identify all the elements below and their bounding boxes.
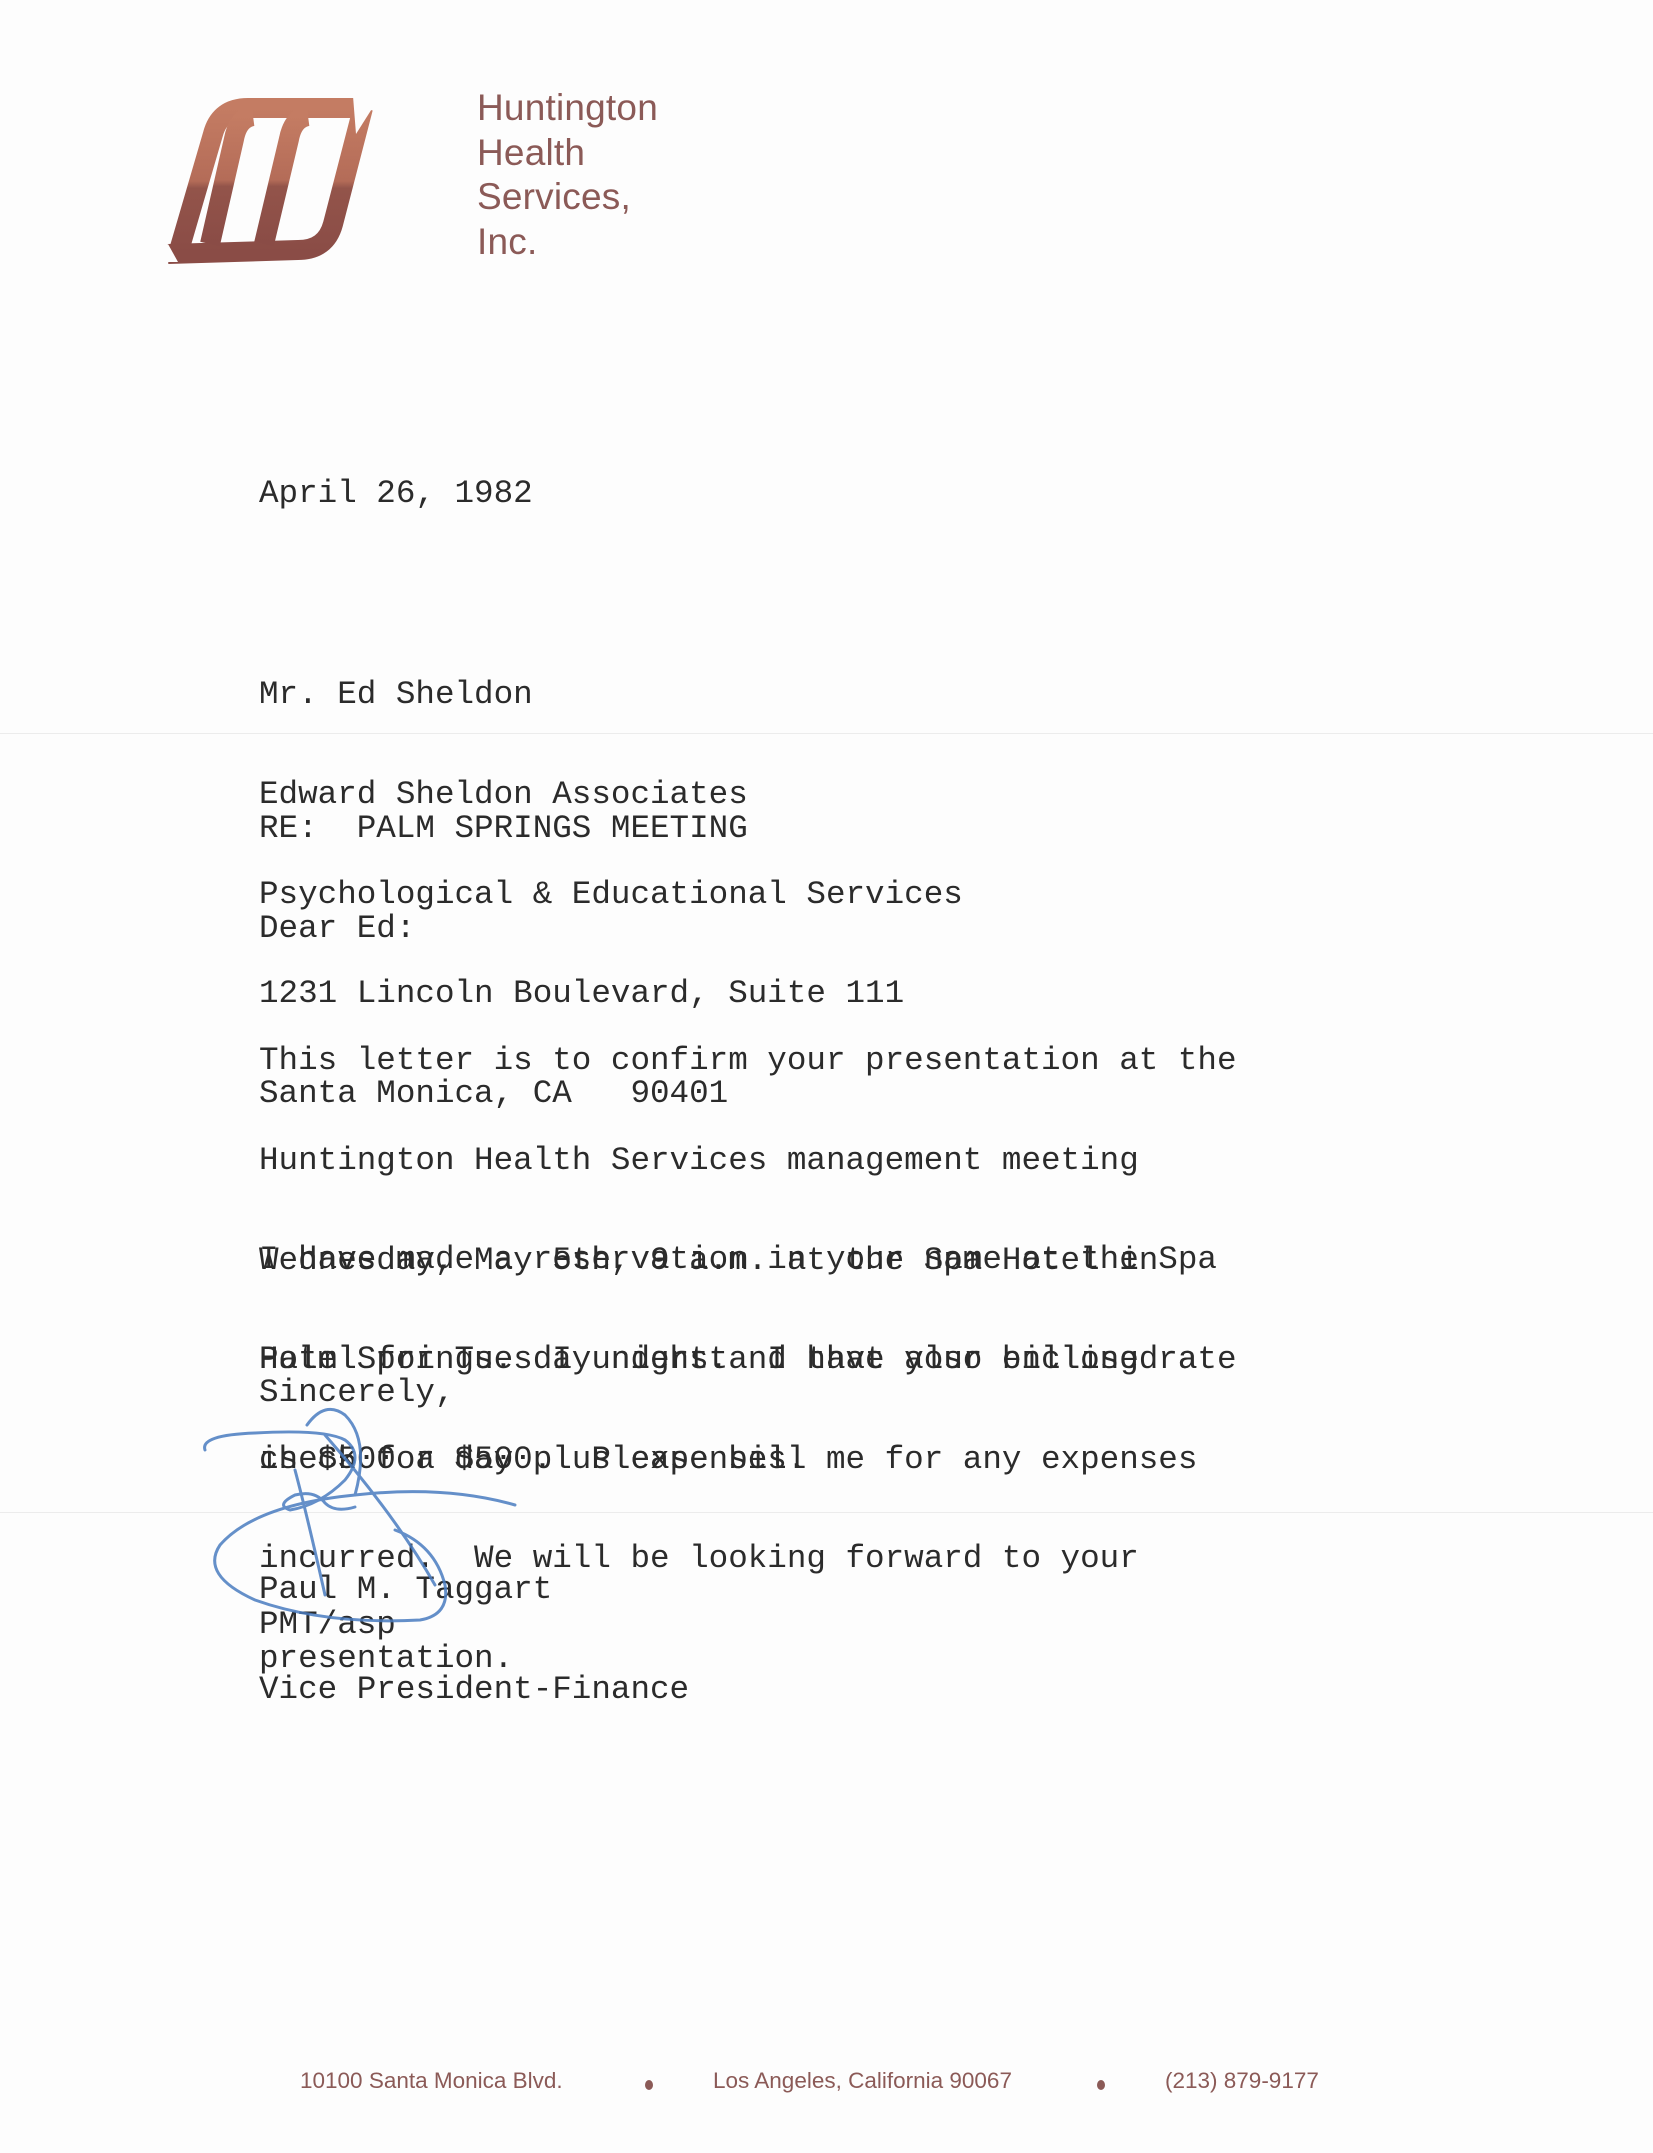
company-name-line: Inc.: [477, 220, 658, 265]
salutation: Dear Ed:: [259, 912, 415, 945]
recipient-line: Psychological & Educational Services: [259, 878, 963, 911]
company-name-line: Huntington: [477, 86, 658, 131]
hhs-monogram-logo-icon: [158, 94, 384, 264]
body-line: check for $500. Please bill me for any e…: [259, 1443, 1217, 1476]
footer-address: 10100 Santa Monica Blvd.: [300, 2068, 563, 2094]
company-name-line: Health: [477, 131, 658, 176]
footer-phone: (213) 879-9177: [1165, 2068, 1319, 2094]
letter-date: April 26, 1982: [259, 477, 533, 510]
signer-title: Vice President-Finance: [259, 1673, 689, 1706]
company-name-line: Services,: [477, 175, 658, 220]
company-name: Huntington Health Services, Inc.: [477, 86, 658, 264]
closing: Sincerely,: [259, 1376, 455, 1409]
body-line: Hotel for Tuesday night. I have also enc…: [259, 1343, 1217, 1376]
bullet-separator-icon: [1097, 2080, 1105, 2090]
footer-city: Los Angeles, California 90067: [713, 2068, 1012, 2094]
body-line: I have made a reservation in your name a…: [259, 1243, 1217, 1276]
recipient-line: Mr. Ed Sheldon: [259, 678, 963, 711]
bullet-separator-icon: [645, 2080, 653, 2090]
subject-line: RE: PALM SPRINGS MEETING: [259, 812, 748, 845]
typist-initials: PMT/asp: [259, 1608, 396, 1641]
body-line: Huntington Health Services management me…: [259, 1144, 1237, 1177]
body-line: This letter is to confirm your presentat…: [259, 1044, 1237, 1077]
recipient-line: Edward Sheldon Associates: [259, 778, 963, 811]
signer-name: Paul M. Taggart: [259, 1573, 689, 1606]
